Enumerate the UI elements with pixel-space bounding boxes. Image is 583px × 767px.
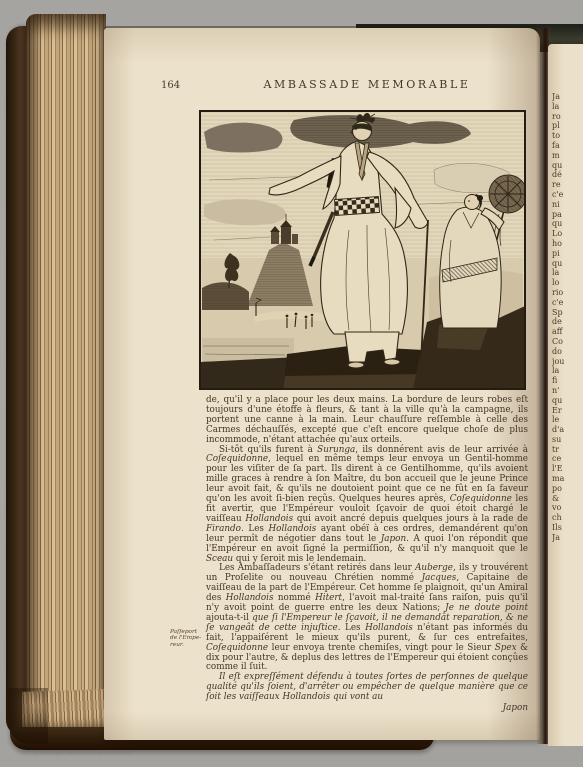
edge-fragment: d'a xyxy=(552,425,582,435)
edge-fragment: c'e xyxy=(552,298,582,308)
edge-fragment: ni xyxy=(552,200,582,210)
edge-fragment: ro xyxy=(552,112,582,122)
book-photograph: 164 AMBASSADE MEMORABLE xyxy=(0,0,583,767)
edge-fragment: la xyxy=(552,366,582,376)
edge-fragment: c'e xyxy=(552,190,582,200)
edge-fragment: fa xyxy=(552,141,582,151)
edge-fragment: do xyxy=(552,347,582,357)
edge-fragment: la xyxy=(552,102,582,112)
right-page-text-fragments: Jalaropltofamqudérec'enipaquLohopiqulalo… xyxy=(552,92,582,543)
edge-fragment: Er xyxy=(552,406,582,416)
edge-fragment: qu xyxy=(552,396,582,406)
paragraph: Si-tôt qu'ils furent à Surunga, ils donn… xyxy=(206,446,528,565)
edge-fragment: m xyxy=(552,151,582,161)
edge-fragment: & xyxy=(552,494,582,504)
edge-fragment: ma xyxy=(552,474,582,484)
edge-fragment: Co xyxy=(552,337,582,347)
edge-fragment: ch xyxy=(552,513,582,523)
edge-fragment: Ja xyxy=(552,92,582,102)
edge-fragment: qu xyxy=(552,259,582,269)
edge-fragment: n' xyxy=(552,386,582,396)
edge-fragment: po xyxy=(552,484,582,494)
edge-fragment: re xyxy=(552,180,582,190)
left-page: 164 AMBASSADE MEMORABLE xyxy=(104,28,540,740)
edge-fragment: lo xyxy=(552,278,582,288)
edge-fragment: to xyxy=(552,131,582,141)
edge-fragment: Lo xyxy=(552,229,582,239)
edge-fragment: Sp xyxy=(552,308,582,318)
book-corner xyxy=(8,688,48,744)
collection-watermark: © Copyright David Rumsey Collection xyxy=(33,751,131,756)
edge-fragment: rio xyxy=(552,288,582,298)
right-page-sliver: Jalaropltofamqudérec'enipaquLohopiqulalo… xyxy=(548,44,583,746)
edge-fragment: de xyxy=(552,317,582,327)
edge-fragment: l'E xyxy=(552,464,582,474)
edge-fragment: pl xyxy=(552,121,582,131)
paragraph: Les Ambaſſadeurs s'étant retirés dans le… xyxy=(206,564,528,673)
edge-fragment: qu xyxy=(552,219,582,229)
edge-fragment: pa xyxy=(552,210,582,220)
body-text: Paſſeportde l'Empe-reur. de, qu'il y a p… xyxy=(206,396,528,714)
page-block-fore-edge xyxy=(26,14,106,736)
edge-fragment: Ils xyxy=(552,523,582,533)
edge-fragment: vo xyxy=(552,503,582,513)
running-title: AMBASSADE MEMORABLE xyxy=(206,78,528,91)
edge-fragment: ho xyxy=(552,239,582,249)
paragraph: Il eſt expreſſément défendu à toutes ſor… xyxy=(206,673,528,703)
engraving-plate xyxy=(199,110,526,390)
edge-fragment: tr xyxy=(552,445,582,455)
edge-fragment: su xyxy=(552,435,582,445)
edge-fragment: aff xyxy=(552,327,582,337)
edge-fragment: pi xyxy=(552,249,582,259)
edge-fragment: le xyxy=(552,415,582,425)
edge-fragment: qu xyxy=(552,161,582,171)
page-number: 164 xyxy=(161,80,180,91)
margin-note: Paſſeportde l'Empe-reur. xyxy=(170,629,204,648)
edge-fragment: dé xyxy=(552,170,582,180)
edge-fragment: fi xyxy=(552,376,582,386)
paragraphs: de, qu'il y a place pour les deux mains.… xyxy=(206,396,528,703)
engraving-illustration xyxy=(199,110,526,390)
edge-fragment: la xyxy=(552,268,582,278)
edge-fragment: jou xyxy=(552,357,582,367)
catchword: Japon xyxy=(206,704,528,714)
edge-fragment: ce xyxy=(552,454,582,464)
paragraph: de, qu'il y a place pour les deux mains.… xyxy=(206,396,528,446)
edge-fragment: Ja xyxy=(552,533,582,543)
